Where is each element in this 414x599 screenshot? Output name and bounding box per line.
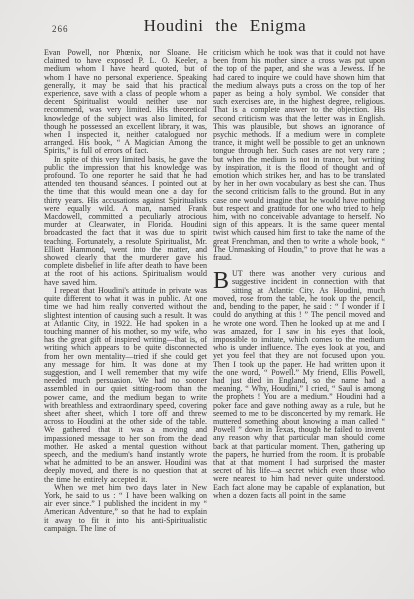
book-page-scan: 266 Houdini the Enigma Evan Powell, nor … <box>0 0 414 599</box>
left-column: Evan Powell, nor Phœnix, nor Sloane. He … <box>44 49 207 533</box>
paragraph: I repeat that Houdini's attitude in priv… <box>44 287 207 484</box>
right-column: criticism which he took was that it coul… <box>213 49 385 533</box>
page-number: 266 <box>52 24 69 34</box>
paragraph-continuation: criticism which he took was that it coul… <box>213 49 385 262</box>
paragraph-section-start: BUT there was another very curious and s… <box>213 270 385 500</box>
paragraph: When we met him two days later in New Yo… <box>44 484 207 533</box>
drop-cap-initial: B <box>213 270 232 291</box>
text-columns: Evan Powell, nor Phœnix, nor Sloane. He … <box>0 46 414 533</box>
section-text: UT there was another very curious and su… <box>213 269 385 499</box>
page-header: 266 Houdini the Enigma <box>0 0 414 46</box>
paragraph: In spite of this very limited basis, he … <box>44 156 207 287</box>
paragraph-continuation: Evan Powell, nor Phœnix, nor Sloane. He … <box>44 49 207 156</box>
